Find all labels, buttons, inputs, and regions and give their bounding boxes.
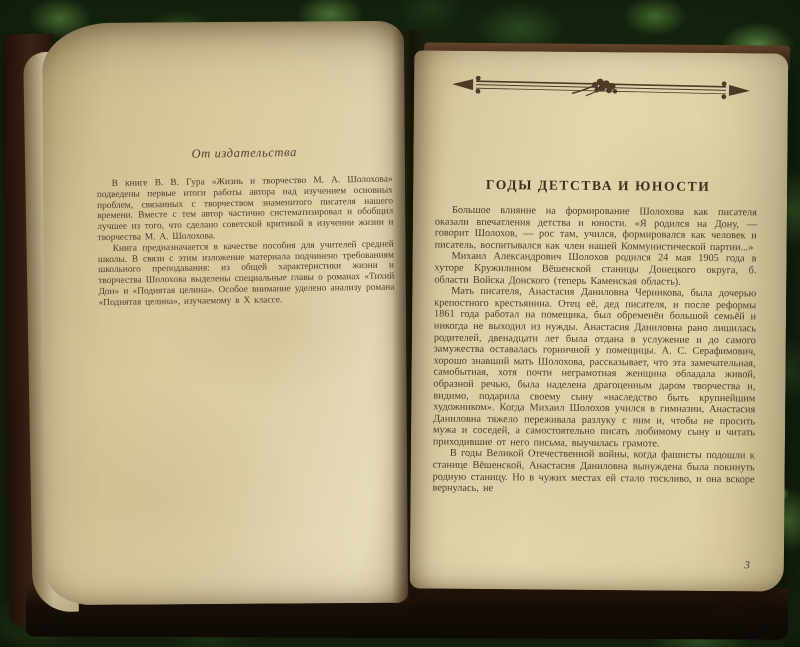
right-page-paragraph: Большое влияние на формирование Шолохова… (435, 205, 757, 254)
fleuron-divider-icon (450, 71, 753, 106)
left-page-paragraph: В книге В. В. Гура «Жизнь и творчество М… (97, 175, 394, 244)
book-photo: От издательства В книге В. В. Гура «Жизн… (0, 0, 800, 647)
chapter-title: ГОДЫ ДЕТСТВА И ЮНОСТИ (433, 177, 763, 196)
left-page: От издательства В книге В. В. Гура «Жизн… (42, 21, 408, 606)
left-page-paragraph: Книга предназначается в качестве пособия… (98, 239, 395, 308)
right-page-paragraph: Мать писателя, Анастасия Даниловна Черни… (433, 286, 756, 451)
right-page-paragraph: Михаил Александрович Шолохов родился 24 … (434, 251, 756, 289)
page-number: 3 (744, 559, 750, 571)
right-page-paragraph: В годы Великой Отечественной войны, когд… (432, 448, 754, 497)
left-page-text-block: От издательства В книге В. В. Гура «Жизн… (96, 144, 394, 309)
right-page: ГОДЫ ДЕТСТВА И ЮНОСТИ Большое влияние на… (410, 50, 789, 591)
right-page-text-block: Большое влияние на формирование Шолохова… (432, 205, 757, 498)
left-page-heading: От издательства (96, 144, 392, 164)
